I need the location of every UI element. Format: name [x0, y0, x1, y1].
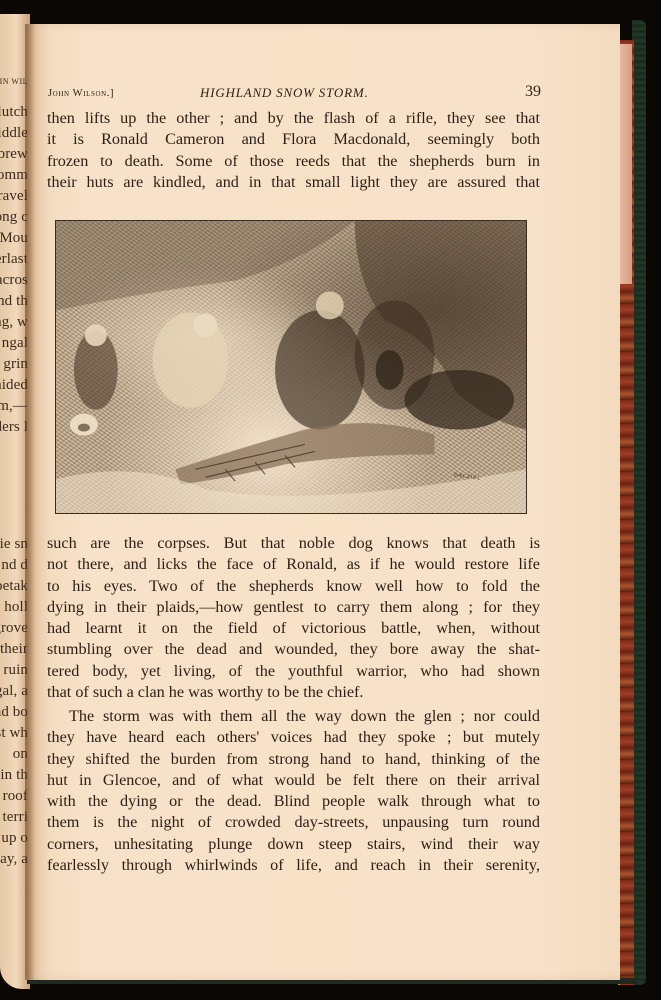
text-line: frozen to death. Some of those reeds tha… — [47, 151, 540, 172]
text-line: they have heard each others' voices had … — [47, 727, 540, 748]
text-line: corners, unhesitating plunge down steep … — [47, 834, 540, 855]
inserted-sheet — [620, 44, 632, 284]
left-page-fragment: Mou — [0, 230, 28, 247]
text-line: that of such a clan he was worthy to be … — [47, 682, 540, 703]
left-page-fragment: betak — [0, 578, 28, 595]
left-page-fragment: in th — [0, 767, 28, 784]
text-line: fearlessly through whirlwinds of life, a… — [47, 855, 540, 876]
text-line: with the dying or the dead. Blind people… — [47, 791, 540, 812]
engraving-illustration: DALZIEL — [55, 220, 527, 514]
left-page-fragment: s up o — [0, 830, 28, 847]
page-number: 39 — [525, 83, 541, 101]
text-line: them is the night of crowded day-streets… — [47, 812, 540, 833]
running-head-author: John Wilson.] — [48, 88, 114, 99]
left-page-fragment: ie sn — [0, 536, 28, 553]
paragraph-top: then lifts up the other ; and by the fla… — [47, 108, 540, 193]
left-page-fragment: ong c — [0, 209, 28, 226]
text-line: tered body, yet living, of the youthful … — [47, 661, 540, 682]
text-line: not there, and licks the face of Ronald,… — [47, 554, 540, 575]
left-page-fragment: nd th — [0, 293, 28, 310]
left-page-fragment: grove — [0, 620, 28, 637]
text-line: had learnt it on the field of victorious… — [47, 618, 540, 639]
left-page-fragment: brew — [0, 146, 28, 163]
left-page-fragment: acros — [0, 272, 28, 289]
text-line: dying in their plaids,—how gentlest to c… — [47, 597, 540, 618]
text-line: it is Ronald Cameron and Flora Macdonald… — [47, 129, 540, 150]
book-cover-edge — [632, 20, 646, 985]
running-head-title: HIGHLAND SNOW STORM. — [200, 85, 369, 101]
text-line: such are the corpses. But that noble dog… — [47, 533, 540, 554]
left-page-fragment: ders l — [0, 419, 28, 436]
left-page-header-fragment: IN WIL — [0, 77, 28, 86]
left-page-fragment: est wh — [0, 725, 28, 742]
text-line: stumbling over the dead and wounded, the… — [47, 639, 540, 660]
left-page-fragment: nd d — [1, 557, 28, 574]
left-page-fragment: their — [0, 641, 28, 658]
text-line: their huts are kindled, and in that smal… — [47, 172, 540, 193]
text-line: The storm was with them all the way down… — [47, 706, 540, 727]
left-page-fragment: t ruin — [0, 662, 28, 679]
left-page-fragment: gal, a — [0, 683, 28, 700]
paragraph-middle: such are the corpses. But that noble dog… — [47, 533, 540, 703]
text-line: hut in Glencoe, and of what would be fel… — [47, 770, 540, 791]
left-page-fragment: m,— — [0, 398, 28, 415]
text-line: to his eyes. Two of the shepherds know w… — [47, 576, 540, 597]
left-page-fragment: r, grin — [0, 356, 28, 373]
left-page-fragment: clutch — [0, 104, 28, 121]
left-page-fragment: ad bo — [0, 704, 28, 721]
snowstorm-scene-icon — [56, 221, 526, 513]
left-page-fragment: iddle — [0, 125, 28, 142]
running-header: John Wilson.] HIGHLAND SNOW STORM. 39 — [48, 83, 541, 105]
page-block-edges — [618, 40, 634, 985]
book-photo: IN WIL clutch iddle brew omm travel ong … — [0, 0, 661, 1000]
left-page-fragment: travel — [0, 188, 28, 205]
left-page-fragment: vay, a — [0, 851, 28, 868]
left-page-fragment: ng, w — [0, 314, 28, 331]
left-page-fragment: erlast — [0, 251, 28, 268]
left-page-fragment: aided — [0, 377, 28, 394]
gutter-shadow — [25, 24, 35, 980]
text-line: they shifted the burden from strong hand… — [47, 749, 540, 770]
paragraph-bottom: The storm was with them all the way down… — [47, 706, 540, 876]
text-line: then lifts up the other ; and by the fla… — [47, 108, 540, 129]
left-page-fragment: omm — [0, 167, 28, 184]
